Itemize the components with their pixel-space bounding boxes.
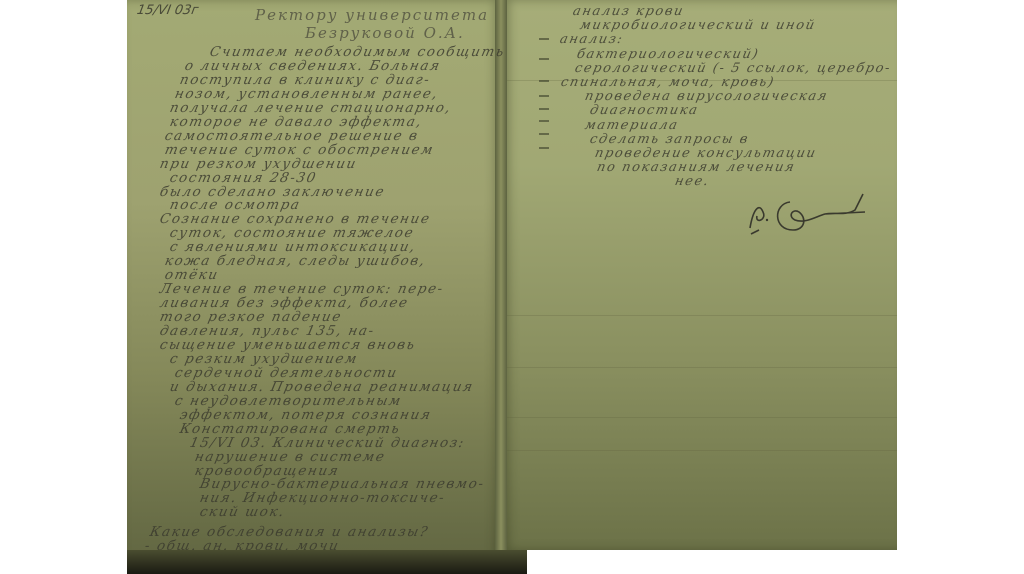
handwritten-line: анализ: [558, 32, 625, 47]
signature [745, 190, 875, 235]
margin-tick [539, 108, 549, 110]
handwritten-line: по показаниям лечения [595, 160, 796, 175]
ruled-line [501, 417, 897, 418]
handwritten-line: сделать запросы в [588, 132, 750, 147]
handwritten-line: проведение консультации [593, 146, 818, 161]
book-gutter [495, 0, 507, 574]
handwritten-line: проведена вирусологическая [583, 89, 829, 104]
handwritten-line: серологический (- 5 ссылок, церебро- [573, 61, 892, 76]
handwritten-line: микробиологический и иной [578, 18, 817, 33]
photo-bottom-shadow [127, 550, 527, 574]
letter-date: 15/VI 03г [136, 3, 200, 18]
margin-tick [539, 133, 549, 135]
margin-tick [539, 147, 549, 149]
handwritten-line: материала [583, 118, 680, 133]
ruled-line [501, 367, 897, 368]
letter-heading-name: Безруковой О.А. [305, 24, 465, 42]
handwritten-line: диагностика [588, 103, 700, 118]
handwritten-line: нее. [673, 174, 711, 189]
margin-tick [539, 58, 549, 60]
handwritten-line: спинальная, моча, кровь) [559, 75, 776, 90]
handwritten-line: бактериологический) [575, 47, 760, 62]
letter-heading-recipient: Ректору университета [255, 6, 489, 24]
handwritten-line: анализ крови [571, 4, 685, 19]
ruled-line [501, 315, 897, 316]
margin-tick [539, 95, 549, 97]
background-corner [527, 550, 1024, 574]
ruled-line [501, 450, 897, 451]
margin-tick [539, 38, 549, 40]
handwritten-line: ский шок. [198, 504, 286, 520]
margin-tick [539, 120, 549, 122]
margin-tick [539, 80, 549, 82]
